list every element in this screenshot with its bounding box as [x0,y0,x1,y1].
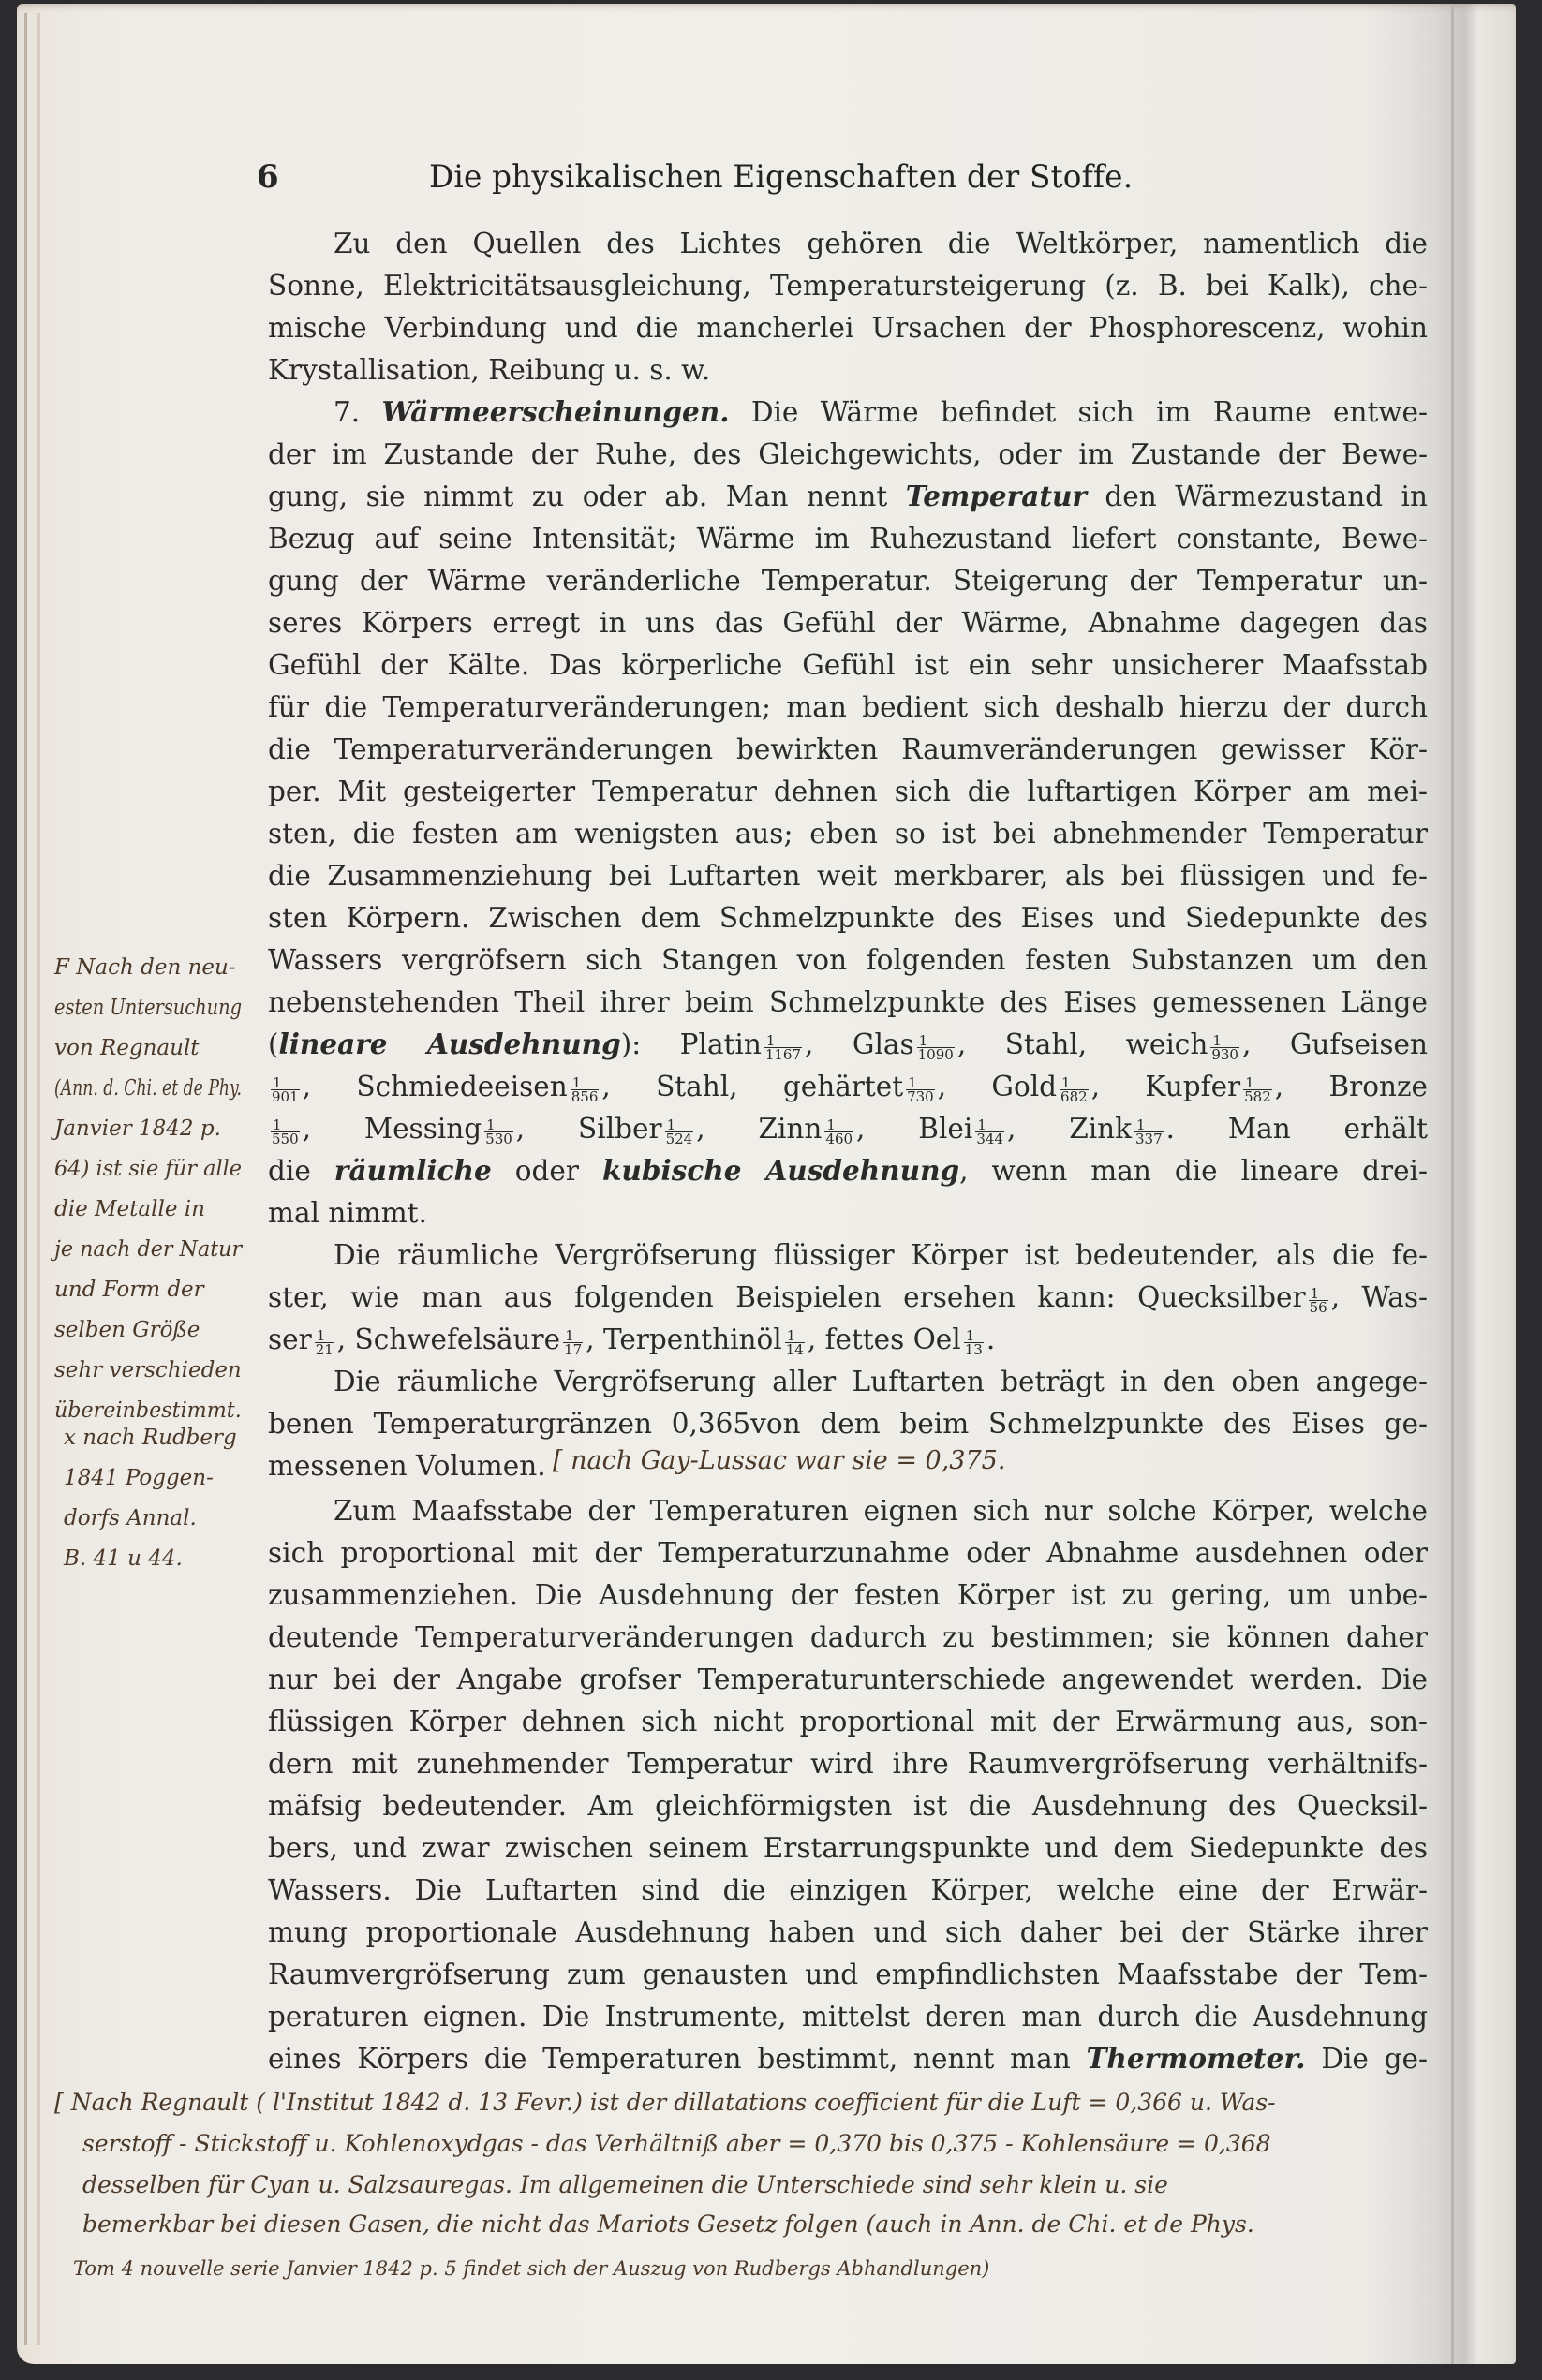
text-span: gung, sie nimmt zu oder ab. Man nennt [268,480,887,512]
page-header: 6 Die physikalischen Eigenschaften der S… [17,158,1516,205]
text-span: den Wärmezustand in [1105,480,1428,512]
text-line: flüssigen Körper dehnen sich nicht propo… [268,1706,1428,1737]
section-heading-line: 7. Wärmeerscheinungen. Die Wärme befinde… [334,396,1428,428]
text-line: benen Temperaturgränzen 0,365von dem bei… [268,1408,1428,1440]
text-line: Sonne, Elektricitätsausgleichung, Temper… [268,270,1428,302]
text-span: ser [268,1323,312,1355]
fraction: 117 [563,1329,583,1356]
term-kubische-ausdehnung: kubische Ausdehnung [602,1154,959,1187]
text-line: nebenstehenden Theil ihrer beim Schmelzp… [268,986,1428,1018]
text-line: ster, wie man aus folgenden Beispielen e… [268,1281,1428,1314]
expansion-line: (lineare Ausdehnung): Platin11167, Glas1… [268,1028,1428,1061]
fraction: 1582 [1243,1076,1272,1103]
text-line: ser121, Schwefelsäure117, Terpenthinöl11… [268,1323,1428,1356]
text-line: Wassers vergröfsern sich Stangen von fol… [268,944,1428,976]
material-name: Messing [364,1113,482,1145]
material-name: Zinn [758,1113,822,1145]
term-lineare-ausdehnung: lineare Ausdehnung [279,1027,621,1060]
text-line: dern mit zunehmender Temperatur wird ihr… [268,1748,1428,1780]
text-line: peraturen eignen. Die Instrumente, mitte… [268,2001,1428,2033]
material-name: Stahl, gehärtet [656,1071,903,1102]
section-title: Wärmeerscheinungen. [382,395,730,428]
expansion-line: 1550, Messing1530, Silber1524, Zinn1460,… [268,1113,1428,1146]
hand-line: [ Nach Regnault ( l'Institut 1842 d. 13 … [54,2089,1276,2116]
text-span: , Terpenthinöl [586,1323,782,1355]
text-line: zusammenziehen. Die Ausdehnung der feste… [268,1579,1428,1611]
text-line: die Temperaturveränderungen bewirkten Ra… [268,733,1428,765]
fraction: 121 [315,1329,334,1356]
text-line: Zu den Quellen des Lichtes gehören die W… [334,228,1428,259]
hand-line: dorfs Annal. [64,1499,197,1539]
text-line: Die räumliche Vergröfserung flüssiger Kö… [334,1239,1428,1271]
hand-line: die Metalle in [54,1190,205,1230]
text-line: eines Körpers die Temperaturen bestimmt,… [268,2043,1428,2075]
running-title: Die physikalischen Eigenschaften der Sto… [429,158,1133,196]
text-span: , wenn man die lineare drei- [959,1155,1428,1187]
text-line: Raumvergröfserung zum genausten und empf… [268,1959,1428,1990]
text-line: Bezug auf seine Intensität; Wärme im Ruh… [268,523,1428,554]
text-line: per. Mit gesteigerter Temperatur dehnen … [268,776,1428,807]
hand-line: von Regnault [54,1028,200,1069]
text-line: die Zusammenziehung bei Luftarten weit m… [268,860,1428,892]
fraction: 1730 [906,1076,935,1103]
text-span: ster, wie man aus folgenden Beispielen e… [268,1281,1306,1313]
material-name: Schmiedeeisen [356,1071,567,1102]
material-name: Gufseisen [1290,1028,1428,1060]
term-raeumliche: räumliche [334,1154,492,1187]
fraction: 1930 [1210,1034,1239,1061]
text-span: eines Körpers die Temperaturen bestimmt,… [268,2043,1071,2075]
paren: ): [621,1028,641,1060]
hand-line: serstoff - Stickstoff u. Kohlenoxydgas -… [82,2130,1271,2157]
hand-line: 1841 Poggen- [64,1458,214,1499]
fraction: 1337 [1134,1118,1164,1146]
hand-line: B. 41 u 44. [64,1539,183,1579]
page-number: 6 [257,158,279,196]
text-span: Die Wärme befindet sich im Raume entwe- [751,396,1428,428]
fraction: 1344 [975,1118,1004,1146]
material-name: Stahl, weich [1005,1028,1208,1060]
hand-line: esten Untersuchung [54,988,242,1028]
book-page: 6 Die physikalischen Eigenschaften der S… [17,4,1516,2364]
material-name: Kupfer [1145,1071,1240,1102]
text-line: Zum Maafsstabe der Temperaturen eignen s… [334,1495,1428,1527]
binding-edge [37,13,40,2345]
page-fold [1451,4,1454,2364]
binding-edge [24,13,27,2345]
text-line: mäfsig bedeutender. Am gleichförmigsten … [268,1790,1428,1822]
hand-line: und Form der [54,1270,204,1310]
hand-line: x nach Rudberg [64,1418,237,1458]
material-name: Glas [853,1028,914,1060]
expansion-line: 1901, Schmiedeeisen1856, Stahl, gehärtet… [268,1071,1428,1103]
material-name: Gold [991,1071,1057,1102]
fraction: 1550 [271,1118,300,1146]
paren: ( [268,1028,279,1060]
text-line: mal nimmt. [268,1197,1428,1229]
hand-line: desselben für Cyan u. Salzsauregas. Im a… [82,2171,1168,2198]
fraction: 1901 [271,1076,300,1103]
text-line: gung, sie nimmt zu oder ab. Man nennt Te… [268,480,1428,512]
fraction: 1460 [824,1118,853,1146]
text-line: gung der Wärme veränderliche Temperatur.… [268,565,1428,597]
text-line: Krystallisation, Reibung u. s. w. [268,354,1428,386]
text-line: seres Körpers erregt in uns das Gefühl d… [268,607,1428,639]
text-line: deutende Temperaturveränderungen dadurch… [268,1621,1428,1653]
fraction: 1530 [484,1118,513,1146]
hand-line: F Nach den neu- [54,948,236,988]
fraction: 1856 [571,1076,600,1103]
material-name: Blei [918,1113,972,1145]
fraction: 156 [1309,1287,1328,1314]
text-span: die [268,1155,311,1187]
text-line: die räumliche oder kubische Ausdehnung, … [268,1155,1428,1187]
text-span: , Was- [1331,1281,1428,1313]
fraction: 1682 [1060,1076,1089,1103]
material-name: Bronze [1328,1071,1428,1102]
text-span: benen Temperaturgränzen 0,365 [268,1408,750,1440]
text-span: oder [515,1155,579,1187]
hand-line: Janvier 1842 p. [54,1109,221,1149]
fraction: 11090 [917,1034,955,1061]
text-span: von dem beim Schmelzpunkte des Eises ge- [750,1408,1428,1440]
hand-line: (Ann. d. Chi. et de Phy. [54,1069,242,1109]
text-line: für die Temperaturveränderungen; man bed… [268,691,1428,723]
hand-line: selben Größe [54,1310,200,1351]
text-line: sten Körpern. Zwischen dem Schmelzpunkte… [268,902,1428,934]
material-name: Zink [1069,1113,1132,1145]
material-name: Platin [680,1028,762,1060]
material-name: Silber [578,1113,662,1145]
handwritten-inline-note: [ nach Gay-Lussac war sie = 0,375. [553,1446,1005,1475]
text-span: , fettes Oel [808,1323,961,1355]
fraction: 114 [785,1329,805,1356]
hand-line: bemerkbar bei diesen Gasen, die nicht da… [82,2210,1254,2238]
text-line: nur bei der Angabe grofser Temperaturunt… [268,1663,1428,1695]
text-line: bers, und zwar zwischen seinem Erstarrun… [268,1832,1428,1864]
text-span: , Schwefelsäure [337,1323,560,1355]
text-line: sten, die festen am wenigsten aus; eben … [268,818,1428,850]
hand-line: 64) ist sie für alle [54,1149,242,1190]
text-line: Wassers. Die Luftarten sind die einzigen… [268,1874,1428,1906]
hand-line: sehr verschieden [54,1351,242,1391]
text-line: mung proportionale Ausdehnung haben und … [268,1916,1428,1948]
term-temperatur: Temperatur [906,480,1087,512]
text-span: Die ge- [1321,2043,1428,2075]
section-number: 7. [334,396,360,428]
fraction: 1524 [665,1118,694,1146]
hand-line: je nach der Natur [54,1230,242,1270]
text-span: Man erhält [1228,1113,1428,1145]
term-thermometer: Thermometer. [1086,2042,1305,2075]
text-line: der im Zustande der Ruhe, des Gleichgewi… [268,438,1428,470]
text-line: Die räumliche Vergröfserung aller Luftar… [334,1366,1428,1397]
text-line: Gefühl der Kälte. Das körperliche Gefühl… [268,649,1428,681]
text-line: mische Verbindung und die mancherlei Urs… [268,312,1428,344]
fraction: 113 [964,1329,984,1356]
text-line: messenen Volumen. [268,1450,568,1482]
fraction: 11167 [764,1034,802,1061]
hand-line: Tom 4 nouvelle serie Janvier 1842 p. 5 f… [73,2257,989,2280]
text-line: sich proportional mit der Temperaturzuna… [268,1537,1428,1569]
